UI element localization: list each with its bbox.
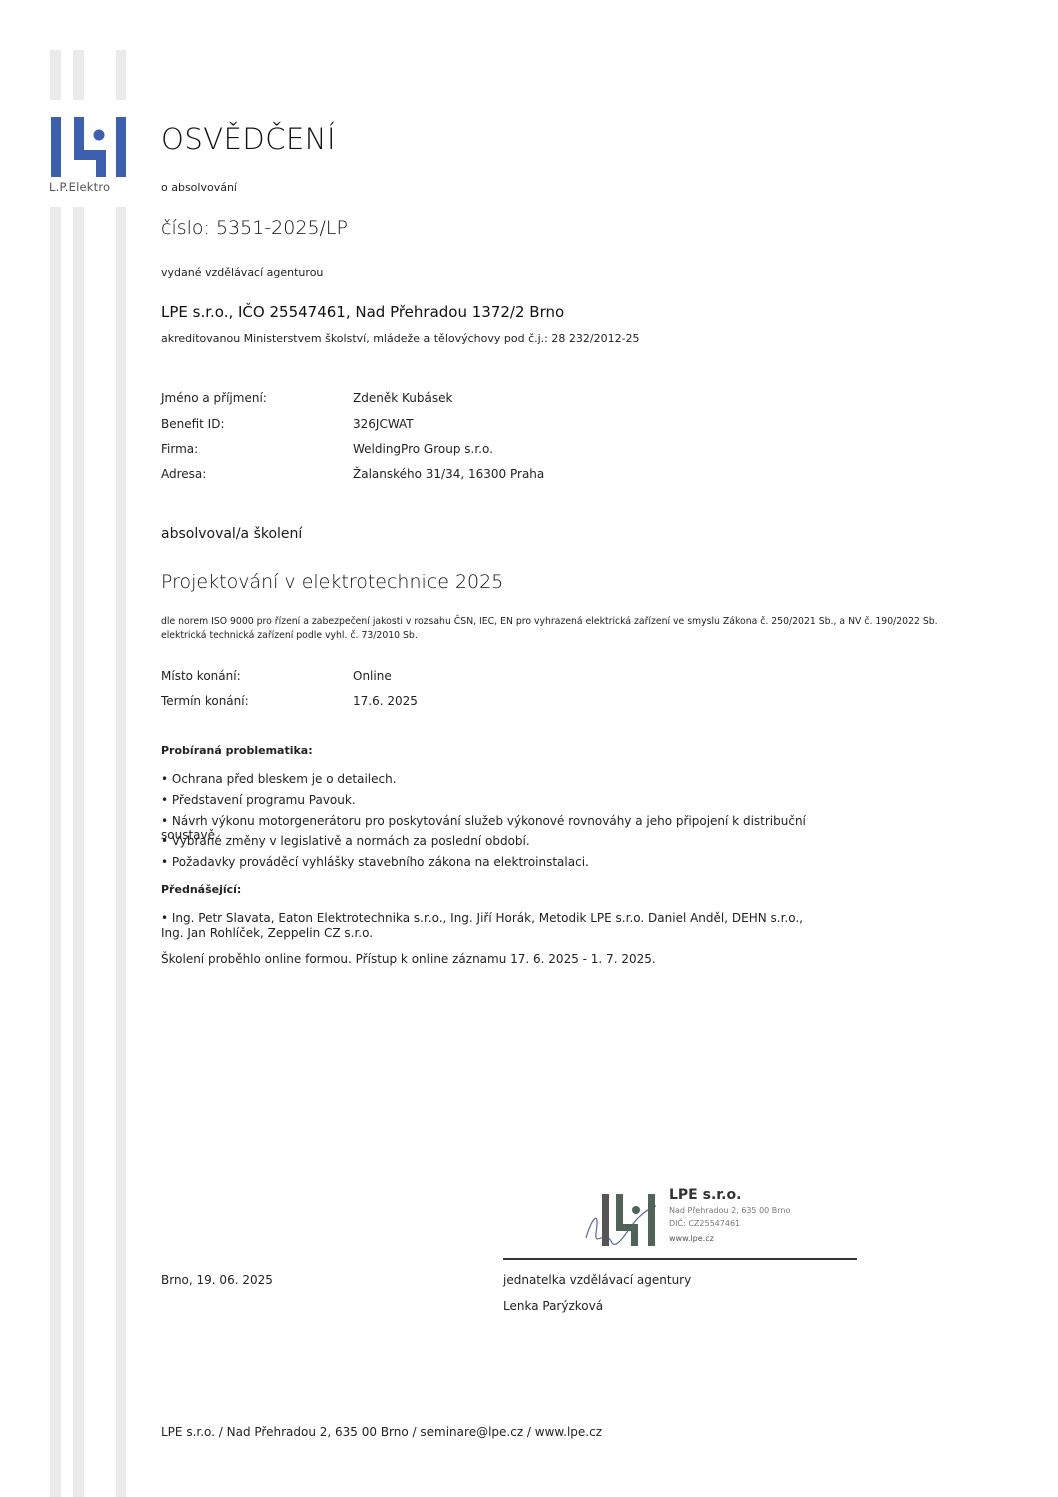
event-label: Termín konání:	[161, 694, 249, 708]
person-label: Adresa:	[161, 467, 206, 481]
stamp-dic: DIČ: CZ25547461	[669, 1219, 740, 1228]
lecturers-list: • Ing. Petr Slavata, Eaton Elektrotechni…	[161, 911, 803, 925]
topic-item: • Ochrana před bleskem je o detailech.	[161, 772, 397, 786]
event-place: Online	[353, 669, 392, 683]
course-norms: elektrická technická zařízení podle vyhl…	[161, 630, 418, 641]
decor-stripe	[73, 207, 84, 1497]
stamp-address: Nad Přehradou 2, 635 00 Brno	[669, 1206, 790, 1215]
logo-text: L.P.Elektro	[49, 180, 110, 194]
signature-line	[503, 1258, 857, 1260]
stamp-company: LPE s.r.o.	[669, 1187, 741, 1203]
signer-role: jednatelka vzdělávací agentury	[503, 1273, 691, 1287]
address: Žalanského 31/34, 16300 Praha	[353, 467, 544, 481]
event-label: Místo konání:	[161, 669, 241, 683]
topic-item: • Představení programu Pavouk.	[161, 793, 356, 807]
topics-heading: Probíraná problematika:	[161, 744, 313, 757]
issued-by-label: vydané vzdělávací agenturou	[161, 266, 323, 279]
course-norms: dle norem ISO 9000 pro řízení a zabezpeč…	[161, 616, 938, 627]
decor-stripe	[50, 50, 61, 100]
course-name: Projektování v elektrotechnice 2025	[161, 571, 503, 593]
lecturers-heading: Přednášející:	[161, 883, 241, 896]
benefit-id: 326JCWAT	[353, 417, 414, 431]
stamp-logo-icon	[578, 1188, 668, 1254]
event-date: 17.6. 2025	[353, 694, 418, 708]
topic-item: • Návrh výkonu motorgenerátoru pro posky…	[161, 814, 806, 828]
certificate-number: číslo: 5351-2025/LP	[161, 217, 348, 239]
person-name: Zdeněk Kubásek	[353, 391, 452, 405]
accreditation: akreditovanou Ministerstvem školství, ml…	[161, 332, 640, 345]
certificate-subtitle: o absolvování	[161, 181, 237, 194]
decor-stripe	[116, 207, 126, 1497]
certificate-title: OSVĚDČENÍ	[161, 122, 336, 156]
lecturers-list: Ing. Jan Rohlíček, Zeppelin CZ s.r.o.	[161, 926, 373, 940]
completed-label: absolvoval/a školení	[161, 526, 302, 542]
signer-name: Lenka Parýzková	[503, 1299, 603, 1313]
company-stamp: LPE s.r.o. Nad Přehradou 2, 635 00 Brno …	[578, 1186, 798, 1256]
decor-stripe	[116, 50, 126, 100]
decor-stripe	[73, 50, 84, 100]
topic-item: • Požadavky prováděcí vyhlášky stavebníh…	[161, 855, 589, 869]
person-label: Jméno a příjmení:	[161, 391, 267, 405]
company: WeldingPro Group s.r.o.	[353, 442, 493, 456]
stamp-web: www.lpe.cz	[669, 1234, 714, 1243]
person-label: Firma:	[161, 442, 198, 456]
issuer: LPE s.r.o., IČO 25547461, Nad Přehradou …	[161, 303, 564, 321]
topic-item: • Vybrané změny v legislativě a normách …	[161, 834, 530, 848]
footer-contact: LPE s.r.o. / Nad Přehradou 2, 635 00 Brn…	[161, 1425, 602, 1439]
online-note: Školení proběhlo online formou. Přístup …	[161, 952, 656, 966]
place-date: Brno, 19. 06. 2025	[161, 1273, 273, 1287]
decor-stripe	[50, 207, 61, 1497]
person-label: Benefit ID:	[161, 417, 225, 431]
